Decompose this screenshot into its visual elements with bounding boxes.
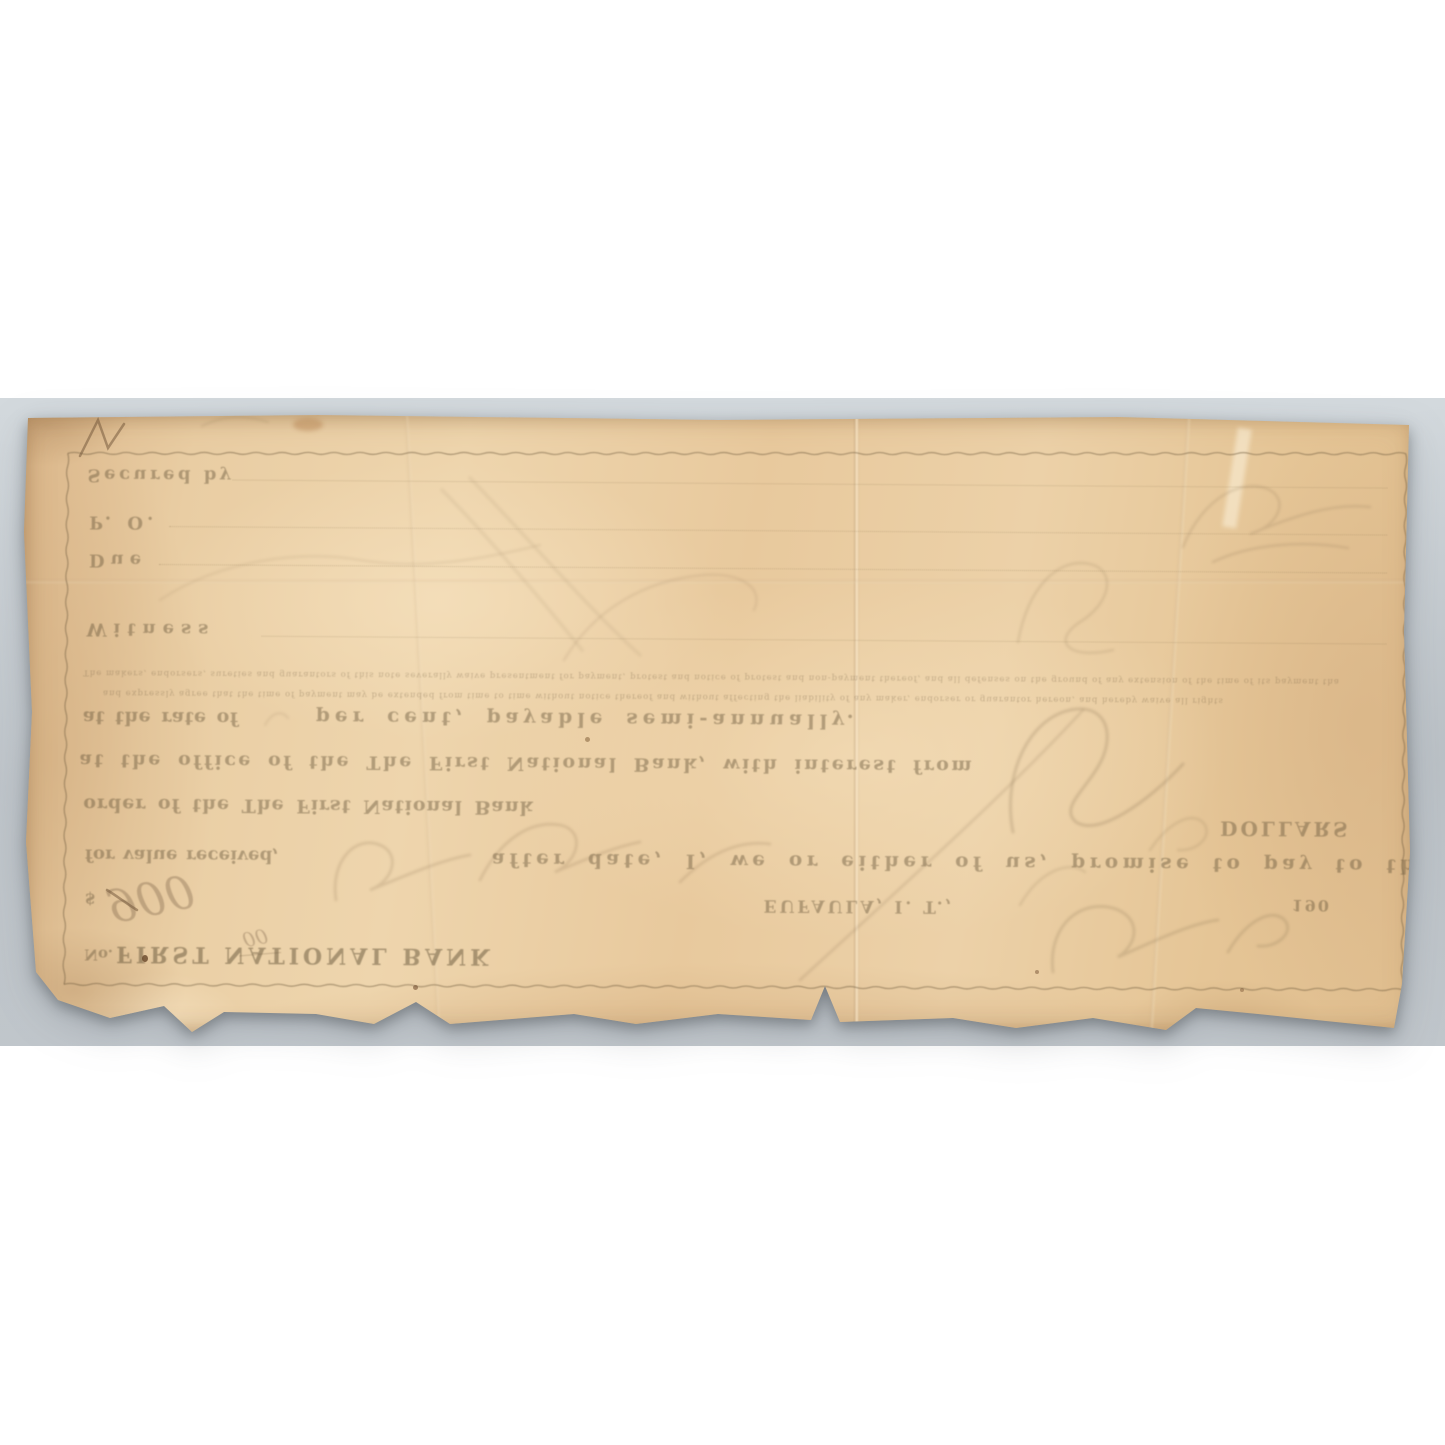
document-paper: Secured by P. O. Due Witness The makers,… <box>18 412 1422 1040</box>
pencil-marks <box>18 412 1422 1040</box>
paper-surface: Secured by P. O. Due Witness The makers,… <box>18 412 1422 1040</box>
page: { "window": { "width": 1445, "height": 1… <box>0 0 1445 1445</box>
photo-backdrop: Secured by P. O. Due Witness The makers,… <box>0 398 1445 1046</box>
